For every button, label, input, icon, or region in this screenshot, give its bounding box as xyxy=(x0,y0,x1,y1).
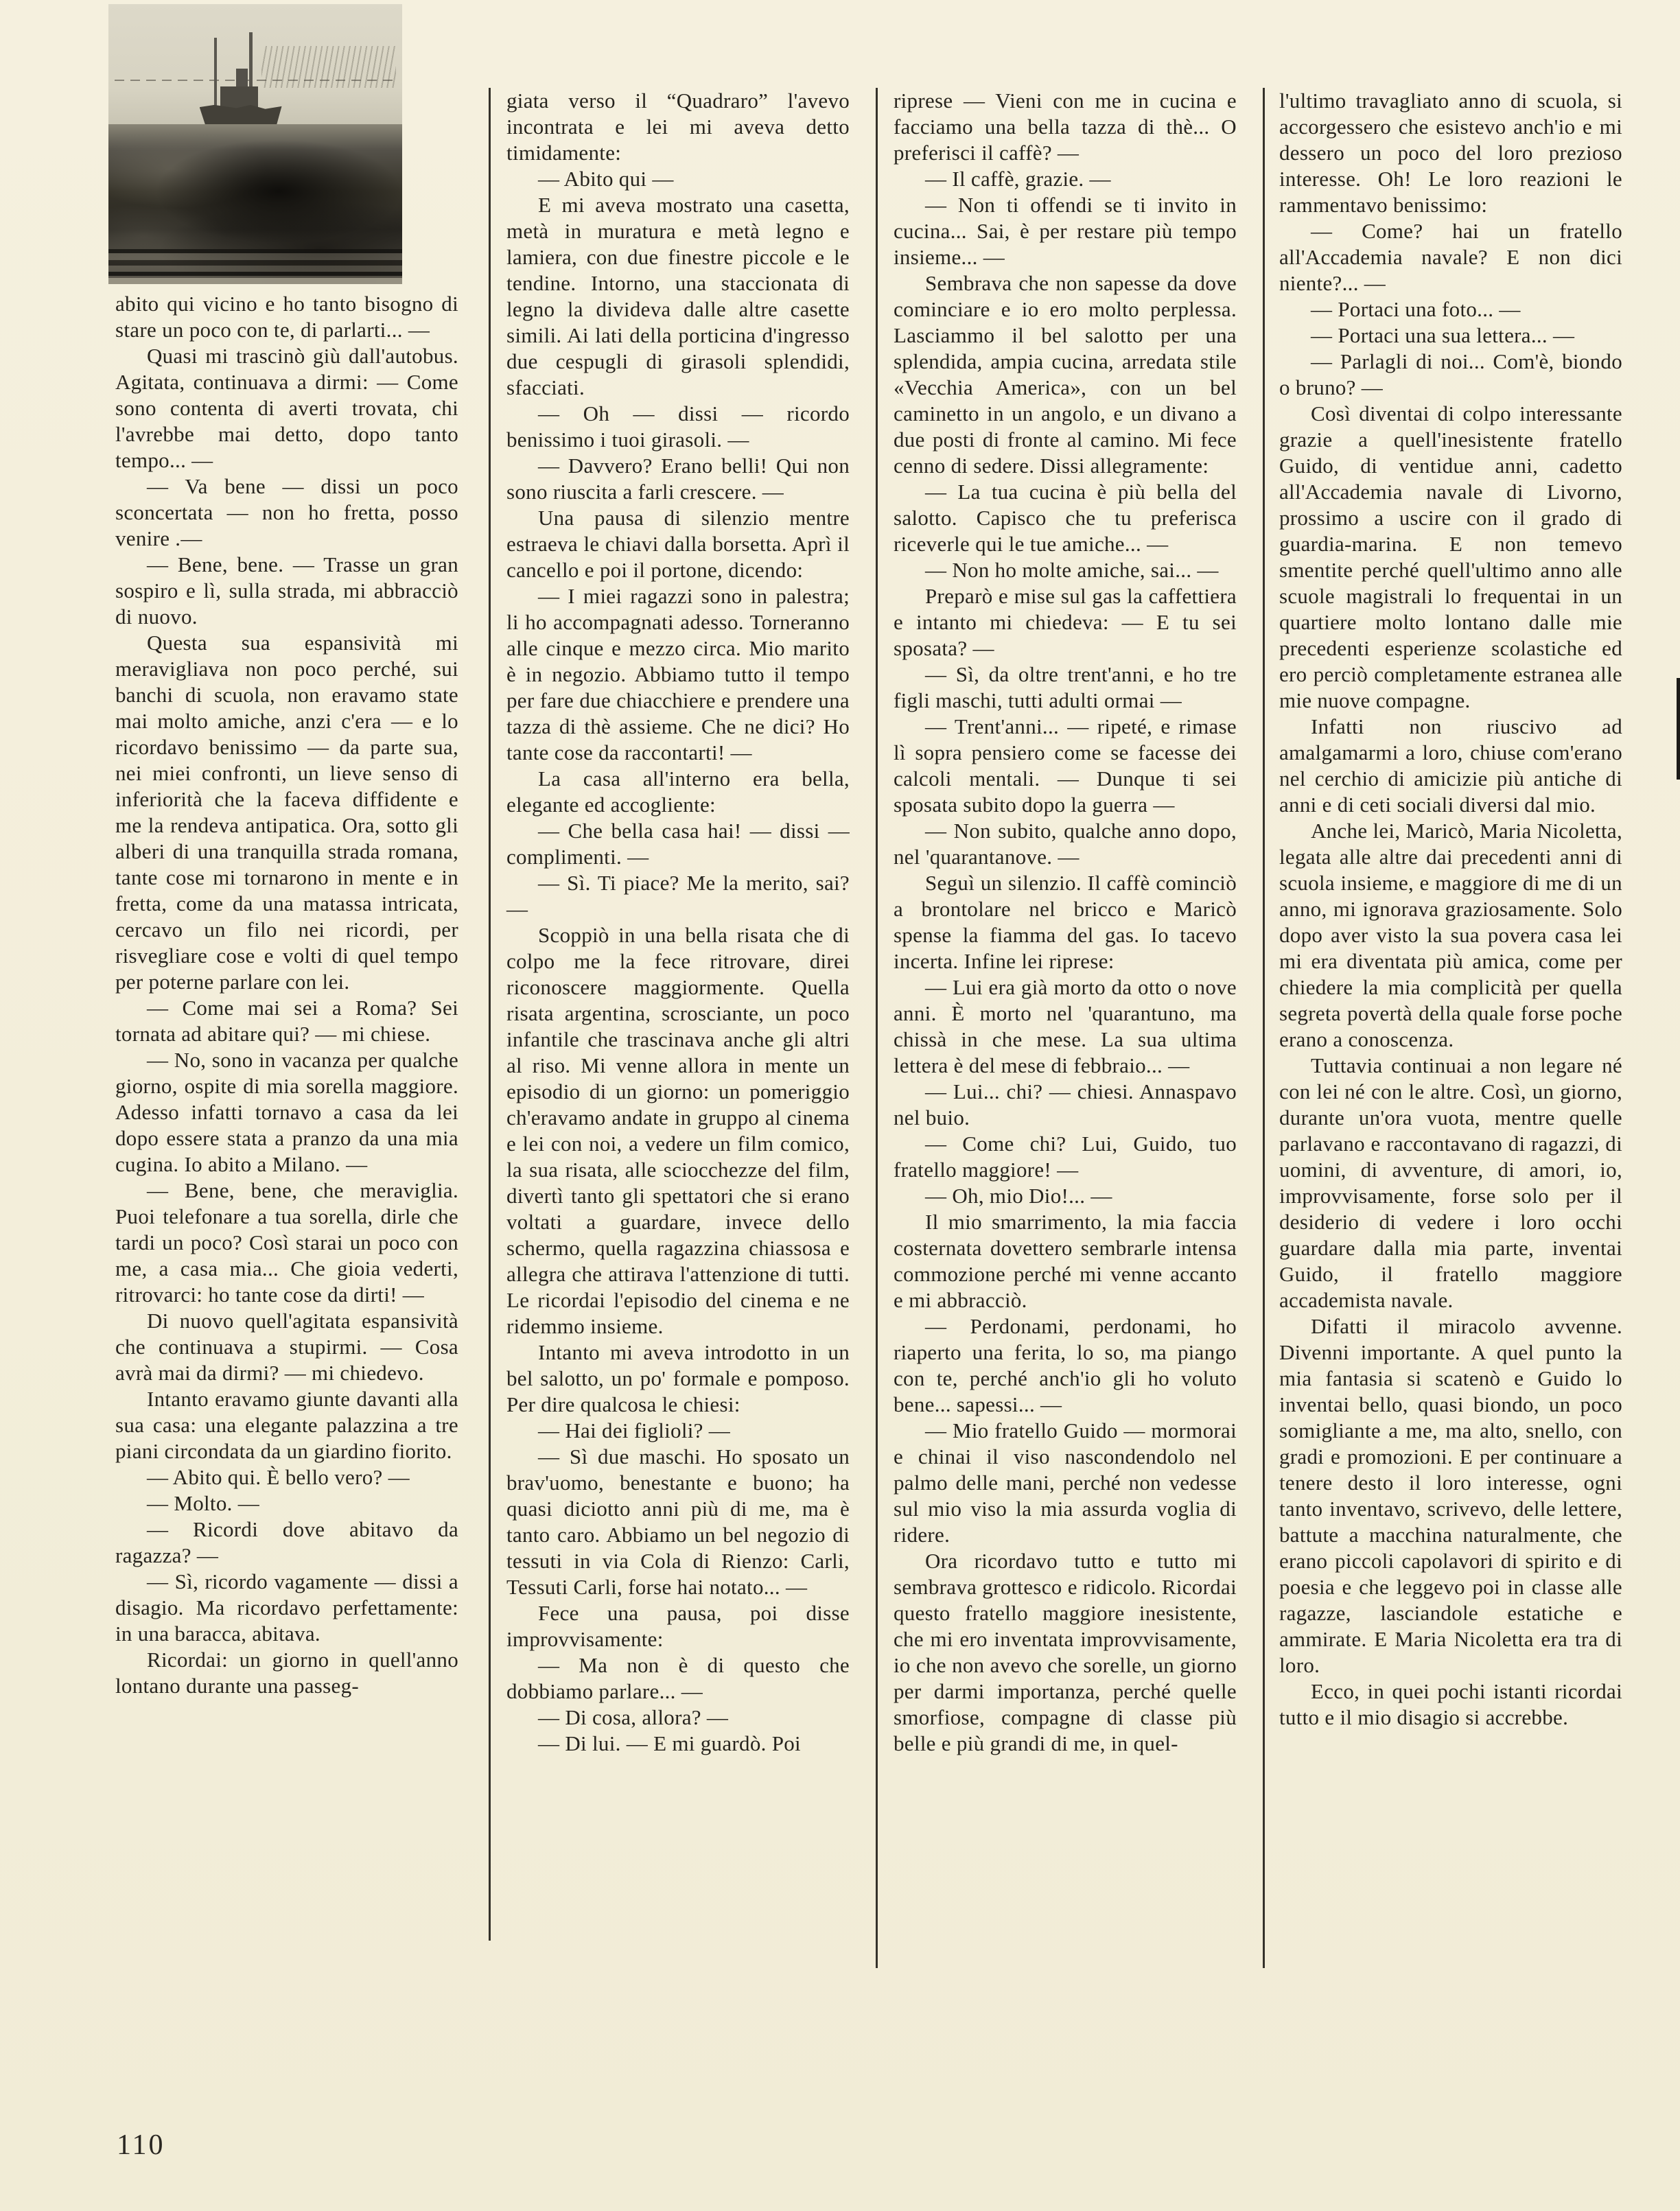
paragraph: — Come chi? Lui, Guido, tuo fratello mag… xyxy=(894,1131,1237,1183)
text-column-3: riprese — Vieni con me in cucina e facci… xyxy=(894,88,1237,1757)
ship-mast-icon xyxy=(249,32,252,91)
paragraph: Così diventai di colpo interessante graz… xyxy=(1279,401,1622,714)
paragraph: — Sì, ricordo vagamente — dissi a disagi… xyxy=(115,1569,458,1647)
column-divider xyxy=(876,88,878,1968)
paragraph: — La tua cucina è più bella del salotto.… xyxy=(894,479,1237,557)
paragraph: l'ultimo travagliato anno di scuola, si … xyxy=(1279,88,1622,218)
paragraph: Difatti il miracolo avvenne. Divenni imp… xyxy=(1279,1313,1622,1678)
paragraph: — Hai dei figlioli? — xyxy=(506,1418,850,1444)
paragraph: — Trent'anni... — ripeté, e rimase lì so… xyxy=(894,714,1237,818)
paragraph: — Non ho molte amiche, sai... — xyxy=(894,557,1237,583)
paragraph: Una pausa di silenzio mentre estraeva le… xyxy=(506,505,850,583)
paragraph: Scoppiò in una bella risata che di colpo… xyxy=(506,922,850,1340)
paragraph: — Ricordi dove abitavo da ragazza? — xyxy=(115,1517,458,1569)
paragraph: — I miei ragazzi sono in palestra; li ho… xyxy=(506,583,850,766)
paragraph: Ecco, in quei pochi istanti ricordai tut… xyxy=(1279,1678,1622,1731)
paragraph: Quasi mi trascinò giù dall'autobus. Agit… xyxy=(115,343,458,473)
paragraph: — Davvero? Erano belli! Qui non sono riu… xyxy=(506,453,850,505)
paragraph: — Non subito, qualche anno dopo, nel 'qu… xyxy=(894,818,1237,870)
text-column-1: abito qui vicino e ho tanto bisogno di s… xyxy=(115,291,458,1699)
paragraph: — Sì due maschi. Ho sposato un brav'uomo… xyxy=(506,1444,850,1600)
illustration-sea xyxy=(108,124,402,284)
paragraph: — No, sono in vacanza per qualche giorno… xyxy=(115,1047,458,1178)
paragraph: — Parlagli di noi... Com'è, biondo o bru… xyxy=(1279,349,1622,401)
text-column-4: l'ultimo travagliato anno di scuola, si … xyxy=(1279,88,1622,1731)
paragraph: — Portaci una sua lettera... — xyxy=(1279,323,1622,349)
paragraph: — Sì, da oltre trent'anni, e ho tre figl… xyxy=(894,662,1237,714)
paragraph: — Come? hai un fratello all'Accademia na… xyxy=(1279,218,1622,296)
paragraph: — Va bene — dissi un poco sconcertata — … xyxy=(115,473,458,552)
paragraph: — Il caffè, grazie. — xyxy=(894,166,1237,192)
paragraph: abito qui vicino e ho tanto bisogno di s… xyxy=(115,291,458,343)
paragraph: — Bene, bene. — Trasse un gran sospiro e… xyxy=(115,552,458,630)
paragraph: — Bene, bene, che meraviglia. Puoi telef… xyxy=(115,1178,458,1308)
paragraph: Intanto eravamo giunte davanti alla sua … xyxy=(115,1386,458,1464)
paragraph: Seguì un silenzio. Il caffè cominciò a b… xyxy=(894,870,1237,974)
paragraph: — Di cosa, allora? — xyxy=(506,1705,850,1731)
coastline-sketch xyxy=(261,46,397,88)
column-divider xyxy=(1263,88,1265,1968)
paragraph: — Portaci una foto... — xyxy=(1279,296,1622,323)
paragraph: — Abito qui. È bello vero? — xyxy=(115,1464,458,1490)
paragraph: — Abito qui — xyxy=(506,166,850,192)
paragraph: — Non ti offendi se ti invito in cucina.… xyxy=(894,192,1237,270)
paragraph: — Mio fratello Guido — mormorai e chinai… xyxy=(894,1418,1237,1548)
paragraph: La casa all'interno era bella, elegante … xyxy=(506,766,850,818)
scan-artifact-line xyxy=(1677,678,1680,780)
paragraph: riprese — Vieni con me in cucina e facci… xyxy=(894,88,1237,166)
ship-illustration xyxy=(108,4,402,284)
paragraph: Il mio smarrimento, la mia faccia coster… xyxy=(894,1209,1237,1313)
paragraph: Preparò e mise sul gas la caffettiera e … xyxy=(894,583,1237,662)
text-column-2: giata verso il “Quadraro” l'avevo incont… xyxy=(506,88,850,1757)
paragraph: Questa sua espansività mi meravigliava n… xyxy=(115,630,458,995)
magazine-page: abito qui vicino e ho tanto bisogno di s… xyxy=(0,0,1680,2211)
paragraph: — Perdonami, perdonami, ho riaperto una … xyxy=(894,1313,1237,1418)
paragraph: — Sì. Ti piace? Me la merito, sai? — xyxy=(506,870,850,922)
paragraph: — Ma non è di questo che dobbiamo parlar… xyxy=(506,1652,850,1705)
paragraph: — Oh, mio Dio!... — xyxy=(894,1183,1237,1209)
paragraph: Infatti non riuscivo ad amalgamarmi a lo… xyxy=(1279,714,1622,818)
paragraph: — Come mai sei a Roma? Sei tornata ad ab… xyxy=(115,995,458,1047)
paragraph: — Lui... chi? — chiesi. Annaspavo nel bu… xyxy=(894,1079,1237,1131)
paragraph: — Oh — dissi — ricordo benissimo i tuoi … xyxy=(506,401,850,453)
paragraph: — Che bella casa hai! — dissi — complime… xyxy=(506,818,850,870)
paragraph: — Lui era già morto da otto o nove anni.… xyxy=(894,974,1237,1079)
paragraph: Fece una pausa, poi disse improvvisament… xyxy=(506,1600,850,1652)
paragraph: Ricordai: un giorno in quell'anno lontan… xyxy=(115,1647,458,1699)
paragraph: Sembrava che non sapesse da dove cominci… xyxy=(894,270,1237,479)
paragraph: giata verso il “Quadraro” l'avevo incont… xyxy=(506,88,850,166)
paragraph: Tuttavia continuai a non legare né con l… xyxy=(1279,1053,1622,1313)
paragraph: E mi aveva mostrato una casetta, metà in… xyxy=(506,192,850,401)
column-divider xyxy=(489,88,491,1941)
paragraph: Anche lei, Maricò, Maria Nicoletta, lega… xyxy=(1279,818,1622,1053)
paragraph: Intanto mi aveva introdotto in un bel sa… xyxy=(506,1340,850,1418)
paragraph: — Molto. — xyxy=(115,1490,458,1517)
paragraph: Ora ricordavo tutto e tutto mi sembrava … xyxy=(894,1548,1237,1757)
paragraph: Di nuovo quell'agitata espansività che c… xyxy=(115,1308,458,1386)
paragraph: — Di lui. — E mi guardò. Poi xyxy=(506,1731,850,1757)
page-number: 110 xyxy=(117,2129,165,2162)
ship-mast-icon xyxy=(214,38,217,108)
